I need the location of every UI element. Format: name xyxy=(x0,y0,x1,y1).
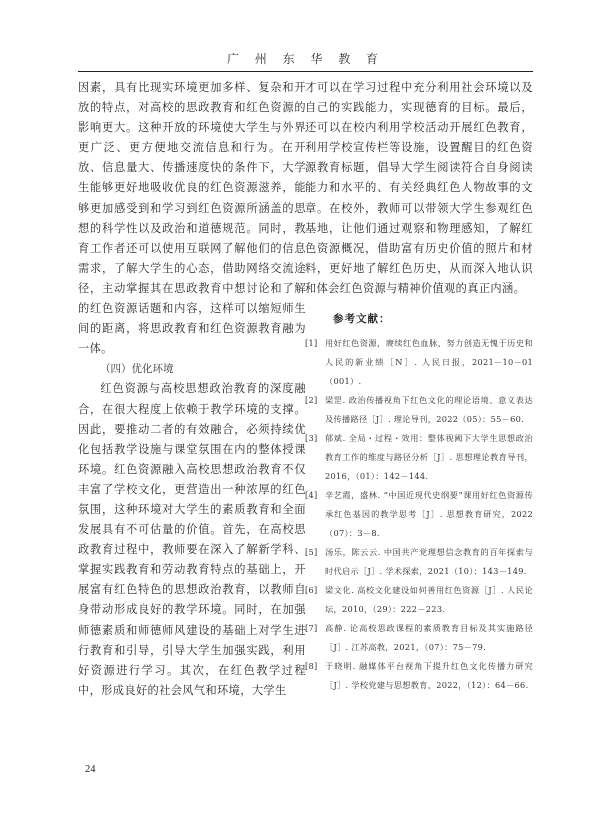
reference-item: [6] 梁文化. 高校文化建设如何善用红色资源［J］. 人民论坛，2010，（2… xyxy=(305,581,533,619)
reference-item: [7] 高静. 论高校思政课程的素质教育目标及其实施路径［J］. 江苏高教，20… xyxy=(305,619,533,657)
reference-item: [4] 辛艺霞，盛林. “中国近现代史纲要”课用好红色资源传承红色基因的教学思考… xyxy=(305,486,533,543)
left-column: 因素，具有比现实环境更加多样、复杂和开放的特点，对高校的思政教育和红色资源的影响… xyxy=(78,78,306,701)
reference-number: [3] xyxy=(305,429,325,486)
section-subheading: （四）优化环境 xyxy=(78,359,306,379)
body-paragraph: 红色资源与高校思想政治教育的深度融合，在很大程度上依赖于教学环境的支撑。因此，要… xyxy=(78,379,306,701)
reference-item: [5] 汤乐，陈云云. 中国共产党理想信念教育的百年探索与时代启示［J］. 学术… xyxy=(305,543,533,581)
reference-text: 郁斌. 全局・过程・效用：整体视阈下大学生思想政治教育工作的维度与路径分析［J］… xyxy=(325,429,533,486)
reference-number: [5] xyxy=(305,543,325,581)
reference-text: 汤乐，陈云云. 中国共产党理想信念教育的百年探索与时代启示［J］. 学术探索，2… xyxy=(325,543,533,581)
reference-item: [8] 于晓明. 融媒体平台视角下提升红色文化传播力研究［J］. 学校党建与思想… xyxy=(305,657,533,695)
references-list: [1] 用好红色资源，赓续红色血脉，努力创造无愧于历史和人民的新业绩［N］. 人… xyxy=(305,334,533,695)
page-number: 24 xyxy=(85,764,96,775)
reference-number: [1] xyxy=(305,334,325,391)
reference-text: 用好红色资源，赓续红色血脉，努力创造无愧于历史和人民的新业绩［N］. 人民日报，… xyxy=(325,334,533,391)
reference-item: [1] 用好红色资源，赓续红色血脉，努力创造无愧于历史和人民的新业绩［N］. 人… xyxy=(305,334,533,391)
running-header: 广 州 东 华 教 育 xyxy=(78,0,533,72)
body-paragraph: 因素，具有比现实环境更加多样、复杂和开放的特点，对高校的思政教育和红色资源的影响… xyxy=(78,78,306,359)
reference-item: [3] 郁斌. 全局・过程・效用：整体视阈下大学生思想政治教育工作的维度与路径分… xyxy=(305,429,533,486)
reference-text: 于晓明. 融媒体平台视角下提升红色文化传播力研究［J］. 学校党建与思想教育，2… xyxy=(325,657,533,695)
reference-text: 梁罡. 政治传播视角下红色文化的理论语境、意义表达及传播路径［J］. 理论导刊，… xyxy=(325,391,533,429)
reference-text: 梁文化. 高校文化建设如何善用红色资源［J］. 人民论坛，2010，（29）：2… xyxy=(325,581,533,619)
reference-text: 辛艺霞，盛林. “中国近现代史纲要”课用好红色资源传承红色基因的教学思考［J］.… xyxy=(325,486,533,543)
reference-number: [2] xyxy=(305,391,325,429)
reference-item: [2] 梁罡. 政治传播视角下红色文化的理论语境、意义表达及传播路径［J］. 理… xyxy=(305,391,533,429)
body-paragraph: 才可以在学习过程中充分利用社会环境以及自己的实践能力，实现德育的目标。最后，还可… xyxy=(305,78,533,299)
right-column: 才可以在学习过程中充分利用社会环境以及自己的实践能力，实现德育的目标。最后，还可… xyxy=(305,78,533,695)
header-rule xyxy=(78,71,533,72)
reference-number: [6] xyxy=(305,581,325,619)
reference-number: [4] xyxy=(305,486,325,543)
journal-title: 广 州 东 华 教 育 xyxy=(78,50,533,67)
reference-number: [7] xyxy=(305,619,325,657)
references-heading: 参考文献： xyxy=(333,311,533,326)
reference-number: [8] xyxy=(305,657,325,695)
reference-text: 高静. 论高校思政课程的素质教育目标及其实施路径［J］. 江苏高教，2021，（… xyxy=(325,619,533,657)
